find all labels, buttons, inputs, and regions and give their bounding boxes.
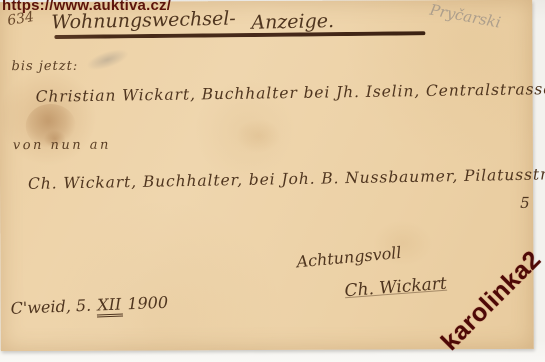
pencil-smudge (84, 45, 131, 74)
closing-salutation: Achtungsvoll (296, 243, 403, 272)
old-address-line: Christian Wickart, Buchhalter bei Jh. Is… (36, 80, 545, 106)
dateline-month-roman: XII (96, 294, 123, 317)
from-now-label: von nun an (13, 138, 111, 153)
dateline-year: 1900 (127, 293, 168, 314)
heading-underline-rule (54, 31, 425, 39)
until-now-label: bis jetzt: (11, 59, 78, 74)
paper-stain (236, 119, 282, 153)
auktiva-url-watermark: https://www.auktiva.cz/ (2, 0, 171, 14)
heading-anzeige: Anzeige. (251, 10, 334, 34)
scanned-image: 634 Wohnungswechsel- Anzeige. Pryčarski … (0, 0, 545, 362)
new-address-house-number: 5 (520, 194, 530, 212)
pencil-note: Pryčarski (428, 1, 502, 32)
dateline: C'weid, 5. XII 1900 (10, 293, 168, 318)
signature: Ch. Wickart (344, 274, 447, 302)
new-address-line: Ch. Wickart, Buchhalter, bei Joh. B. Nus… (28, 165, 545, 193)
postcard: 634 Wohnungswechsel- Anzeige. Pryčarski … (0, 0, 534, 351)
dateline-place-day: C'weid, 5. (10, 296, 91, 318)
